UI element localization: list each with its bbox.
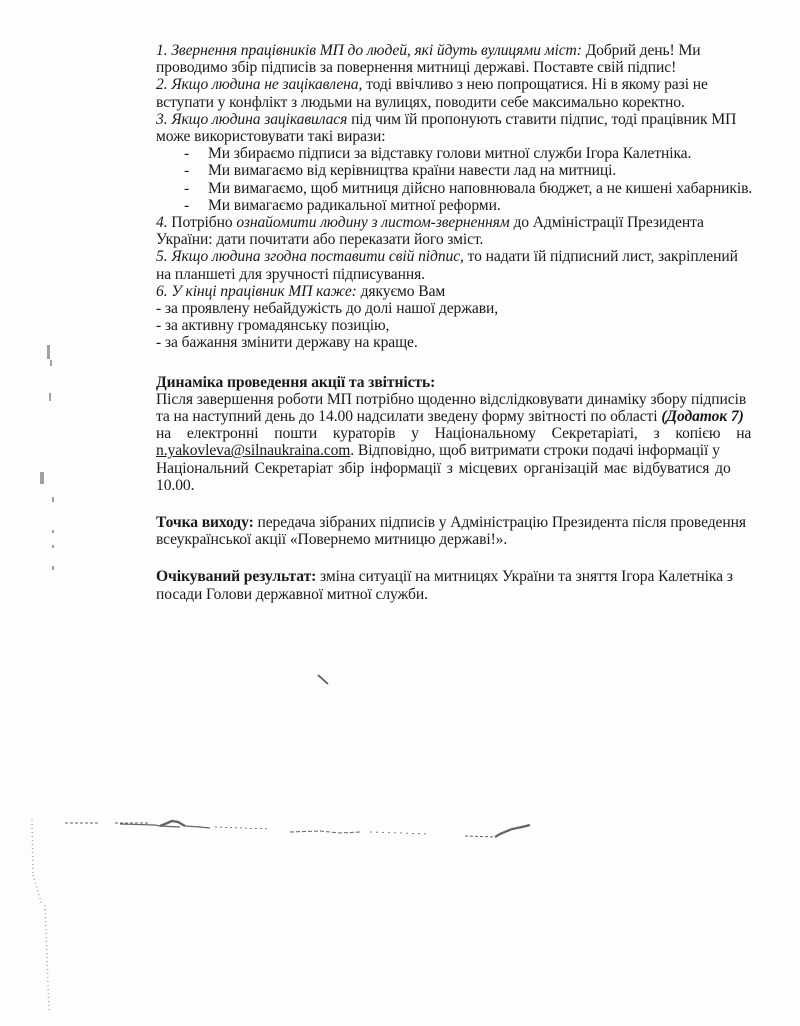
- item-lead: Звернення працівників МП до людей, які й…: [171, 42, 581, 59]
- instruction-item-1: 1. Звернення працівників МП до людей, як…: [156, 42, 800, 59]
- dynamics-text-line: та на наступний день до 14.00 надсилати …: [156, 408, 800, 425]
- instruction-item-3: 3. Якщо людина зацікавилася під чим їй п…: [156, 111, 800, 128]
- expected-result-text-line: посади Голови державної митної служби.: [156, 586, 800, 603]
- item-lead: Якщо людина не зацікавлена,: [171, 76, 362, 93]
- dynamics-text-line: 10.00.: [156, 477, 800, 494]
- item-text-line: проводимо збір підписів за повернення ми…: [156, 59, 800, 76]
- exit-point-text-line: всеукраїнської акції «Повернемо митницю …: [156, 531, 800, 548]
- item-text: Добрий день! Ми: [582, 42, 701, 59]
- item-number: 4.: [156, 214, 168, 231]
- dynamics-text-line: на електронні пошти кураторів у Націонал…: [156, 425, 800, 442]
- phrase-item: -Ми збираємо підписи за відставку голови…: [156, 145, 800, 162]
- item-lead: Якщо людина згодна поставити свій підпис…: [171, 248, 464, 265]
- dash-bullet-icon: -: [184, 145, 189, 162]
- dynamics-text-line: Національний Секретаріат збір інформації…: [156, 460, 800, 477]
- item-text: тоді ввічливо з нею попрощатися. Ні в як…: [362, 76, 707, 93]
- item-text-line: може використовувати такі вирази:: [156, 128, 800, 145]
- exit-point: Точка виходу: передача зібраних підписів…: [156, 514, 800, 531]
- item-number: 1.: [156, 42, 168, 59]
- phrase-list: -Ми збираємо підписи за відставку голови…: [156, 145, 800, 214]
- exit-point-label: Точка виходу:: [156, 514, 254, 531]
- thanks-item: - за проявлену небайдужість до долі нашо…: [156, 300, 800, 317]
- instruction-item-4: 4. Потрібно ознайомити людину з листом-з…: [156, 214, 800, 231]
- item-number: 6.: [156, 283, 168, 300]
- phrase-item: -Ми вимагаємо радикальної митної реформи…: [156, 197, 800, 214]
- appendix-reference: (Додаток 7): [661, 408, 743, 425]
- phrase-item: -Ми вимагаємо від керівництва країни нав…: [156, 162, 800, 179]
- instruction-item-6: 6. У кінці працівник МП каже: дякуємо Ва…: [156, 283, 800, 300]
- item-number: 2.: [156, 76, 168, 93]
- thanks-item: - за бажання змінити державу на краще.: [156, 334, 800, 351]
- dash-bullet-icon: -: [184, 197, 189, 214]
- item-lead: ознайомити людину з листом-зверненням: [236, 214, 509, 231]
- item-lead: Якщо людина зацікавилася: [171, 111, 347, 128]
- dynamics-text-line: Після завершення роботи МП потрібно щоде…: [156, 391, 800, 408]
- item-lead: У кінці працівник МП каже:: [171, 283, 356, 300]
- dash-bullet-icon: -: [184, 162, 189, 179]
- email-link[interactable]: n.yakovleva@silnaukraina.com: [156, 442, 350, 459]
- item-number: 5.: [156, 248, 168, 265]
- section-heading-dynamics: Динаміка проведення акції та звітність:: [156, 374, 800, 391]
- expected-result-label: Очікуваний результат:: [156, 568, 316, 585]
- scanned-page: 1. Звернення працівників МП до людей, як…: [0, 0, 800, 1026]
- instruction-item-5: 5. Якщо людина згодна поставити свій під…: [156, 248, 800, 265]
- item-number: 3.: [156, 111, 168, 128]
- document-body: 1. Звернення працівників МП до людей, як…: [156, 42, 800, 603]
- expected-result: Очікуваний результат: зміна ситуації на …: [156, 568, 800, 585]
- item-text: під чим їй пропонують ставити підпис, то…: [347, 111, 736, 128]
- phrase-item: -Ми вимагаємо, щоб митниця дійсно наповн…: [156, 180, 800, 197]
- thanks-item: - за активну громадянську позицію,: [156, 317, 800, 334]
- item-text-line: вступати у конфлікт з людьми на вулицях,…: [156, 94, 800, 111]
- item-text-line: на планшеті для зручності підписування.: [156, 266, 800, 283]
- instruction-item-2: 2. Якщо людина не зацікавлена, тоді ввіч…: [156, 76, 800, 93]
- dash-bullet-icon: -: [184, 180, 189, 197]
- dynamics-text-line: n.yakovleva@silnaukraina.com. Відповідно…: [156, 442, 800, 459]
- item-text-line: України: дати почитати або переказати йо…: [156, 231, 800, 248]
